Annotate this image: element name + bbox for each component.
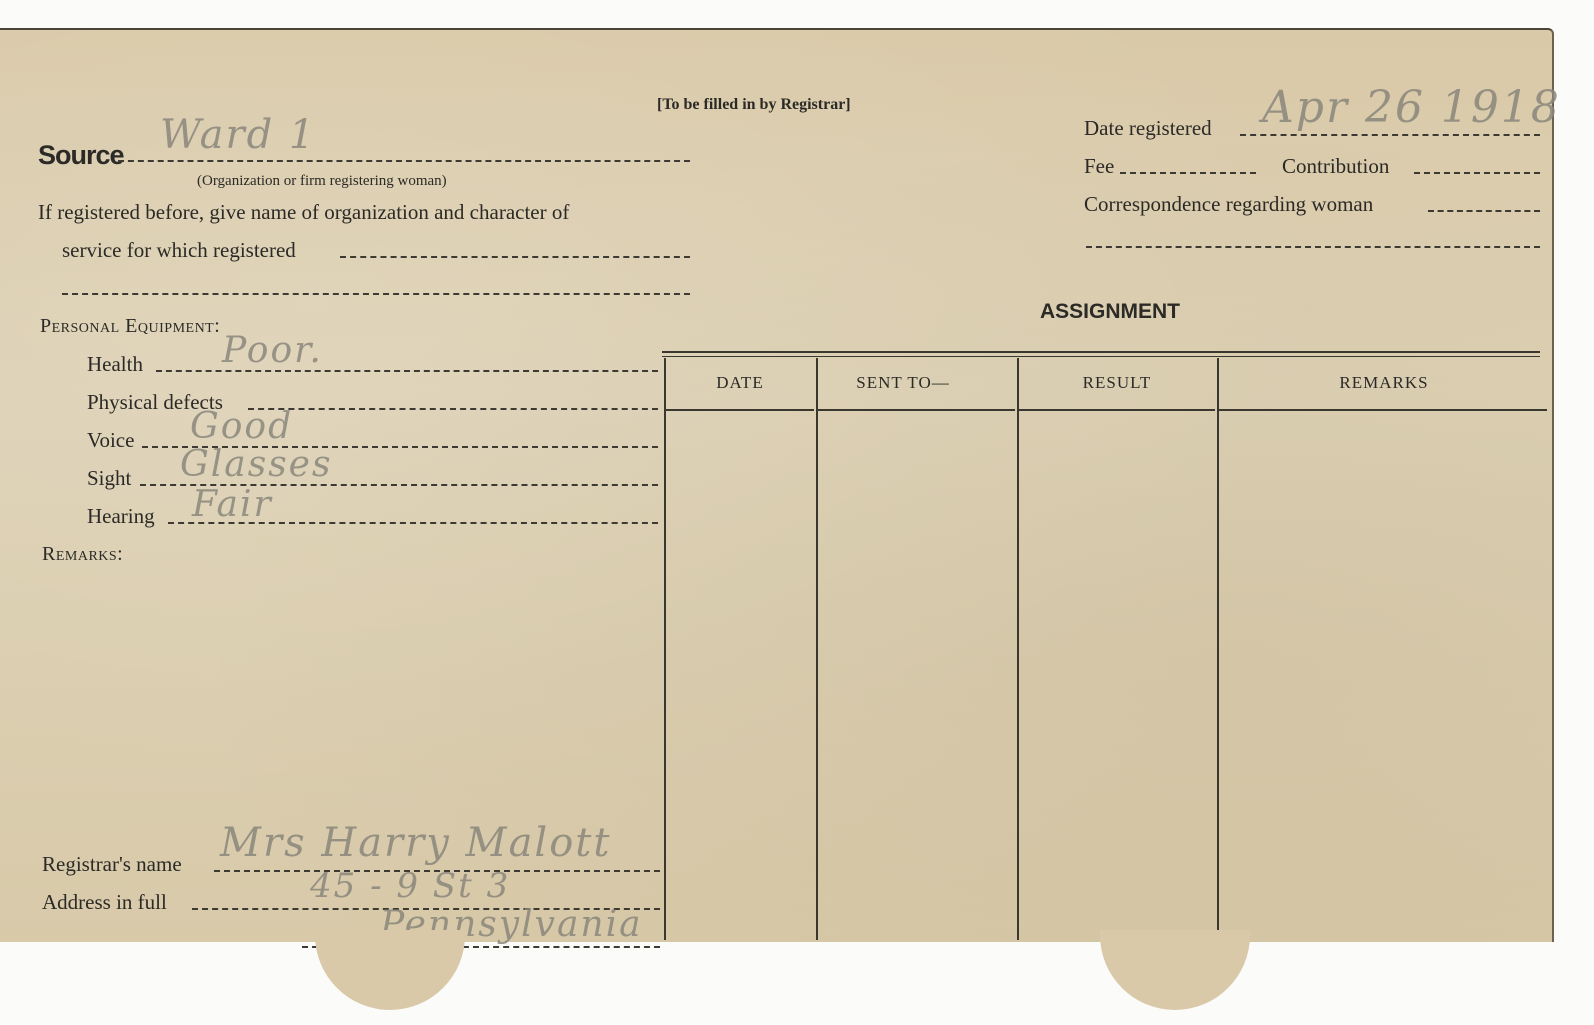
source-label: Source [38, 140, 124, 171]
date-registered-field[interactable] [1240, 134, 1540, 136]
correspondence-field-2[interactable] [1086, 246, 1540, 248]
table-top-rule-2 [662, 356, 1540, 357]
registered-before-line1: If registered before, give name of organ… [38, 200, 569, 225]
physical-defects-field[interactable] [248, 408, 658, 410]
header-rule-sent [818, 409, 1015, 411]
hearing-label: Hearing [87, 504, 155, 529]
registration-card: [To be filled in by Registrar] Source Wa… [0, 28, 1554, 942]
remarks-heading: Remarks: [42, 543, 123, 566]
personal-equipment-heading: Personal Equipment: [40, 315, 220, 338]
contribution-label: Contribution [1282, 154, 1389, 179]
column-header-result: RESULT [1019, 373, 1215, 393]
table-top-rule [662, 351, 1540, 353]
source-field[interactable] [118, 160, 690, 162]
header-rule-remarks [1219, 409, 1547, 411]
remarks-area[interactable] [42, 575, 652, 845]
address-value-line1: 45 - 9 St 3 [310, 866, 510, 906]
sent-to-column-cells[interactable] [818, 412, 1015, 940]
hearing-value: Fair [192, 484, 273, 525]
voice-value: Good [190, 406, 293, 447]
header-rule-date [666, 409, 814, 411]
column-header-date: DATE [666, 373, 814, 393]
column-header-sent-to: SENT TO— [818, 373, 988, 393]
registered-before-field[interactable] [340, 256, 690, 258]
remarks-column-cells[interactable] [1219, 412, 1547, 940]
correspondence-field[interactable] [1428, 210, 1540, 212]
fee-field[interactable] [1120, 172, 1256, 174]
health-value: Poor. [222, 330, 323, 371]
registrar-name-value: Mrs Harry Malott [220, 820, 611, 866]
fee-label: Fee [1084, 154, 1114, 179]
sight-label: Sight [87, 466, 131, 491]
address-label: Address in full [42, 890, 167, 915]
voice-label: Voice [87, 428, 134, 453]
header-rule-result [1019, 409, 1215, 411]
sight-value: Glasses [180, 444, 332, 485]
date-registered-value: Apr 26 1918 [1262, 82, 1561, 133]
registrar-note: [To be filled in by Registrar] [657, 96, 851, 114]
source-caption: (Organization or firm registering woman) [197, 173, 447, 190]
registrar-name-label: Registrar's name [42, 852, 182, 877]
registered-before-field-2[interactable] [62, 293, 690, 295]
health-label: Health [87, 352, 143, 377]
source-value: Ward 1 [160, 112, 316, 158]
correspondence-label: Correspondence regarding woman [1084, 192, 1373, 217]
index-tab-left [315, 930, 465, 1010]
registered-before-line2: service for which registered [62, 238, 296, 263]
date-registered-label: Date registered [1084, 116, 1212, 141]
column-header-remarks: REMARKS [1219, 373, 1549, 393]
contribution-field[interactable] [1414, 172, 1540, 174]
assignment-title: ASSIGNMENT [1040, 300, 1180, 324]
result-column-cells[interactable] [1019, 412, 1215, 940]
index-tab-right [1100, 930, 1250, 1010]
date-column-cells[interactable] [666, 412, 814, 940]
